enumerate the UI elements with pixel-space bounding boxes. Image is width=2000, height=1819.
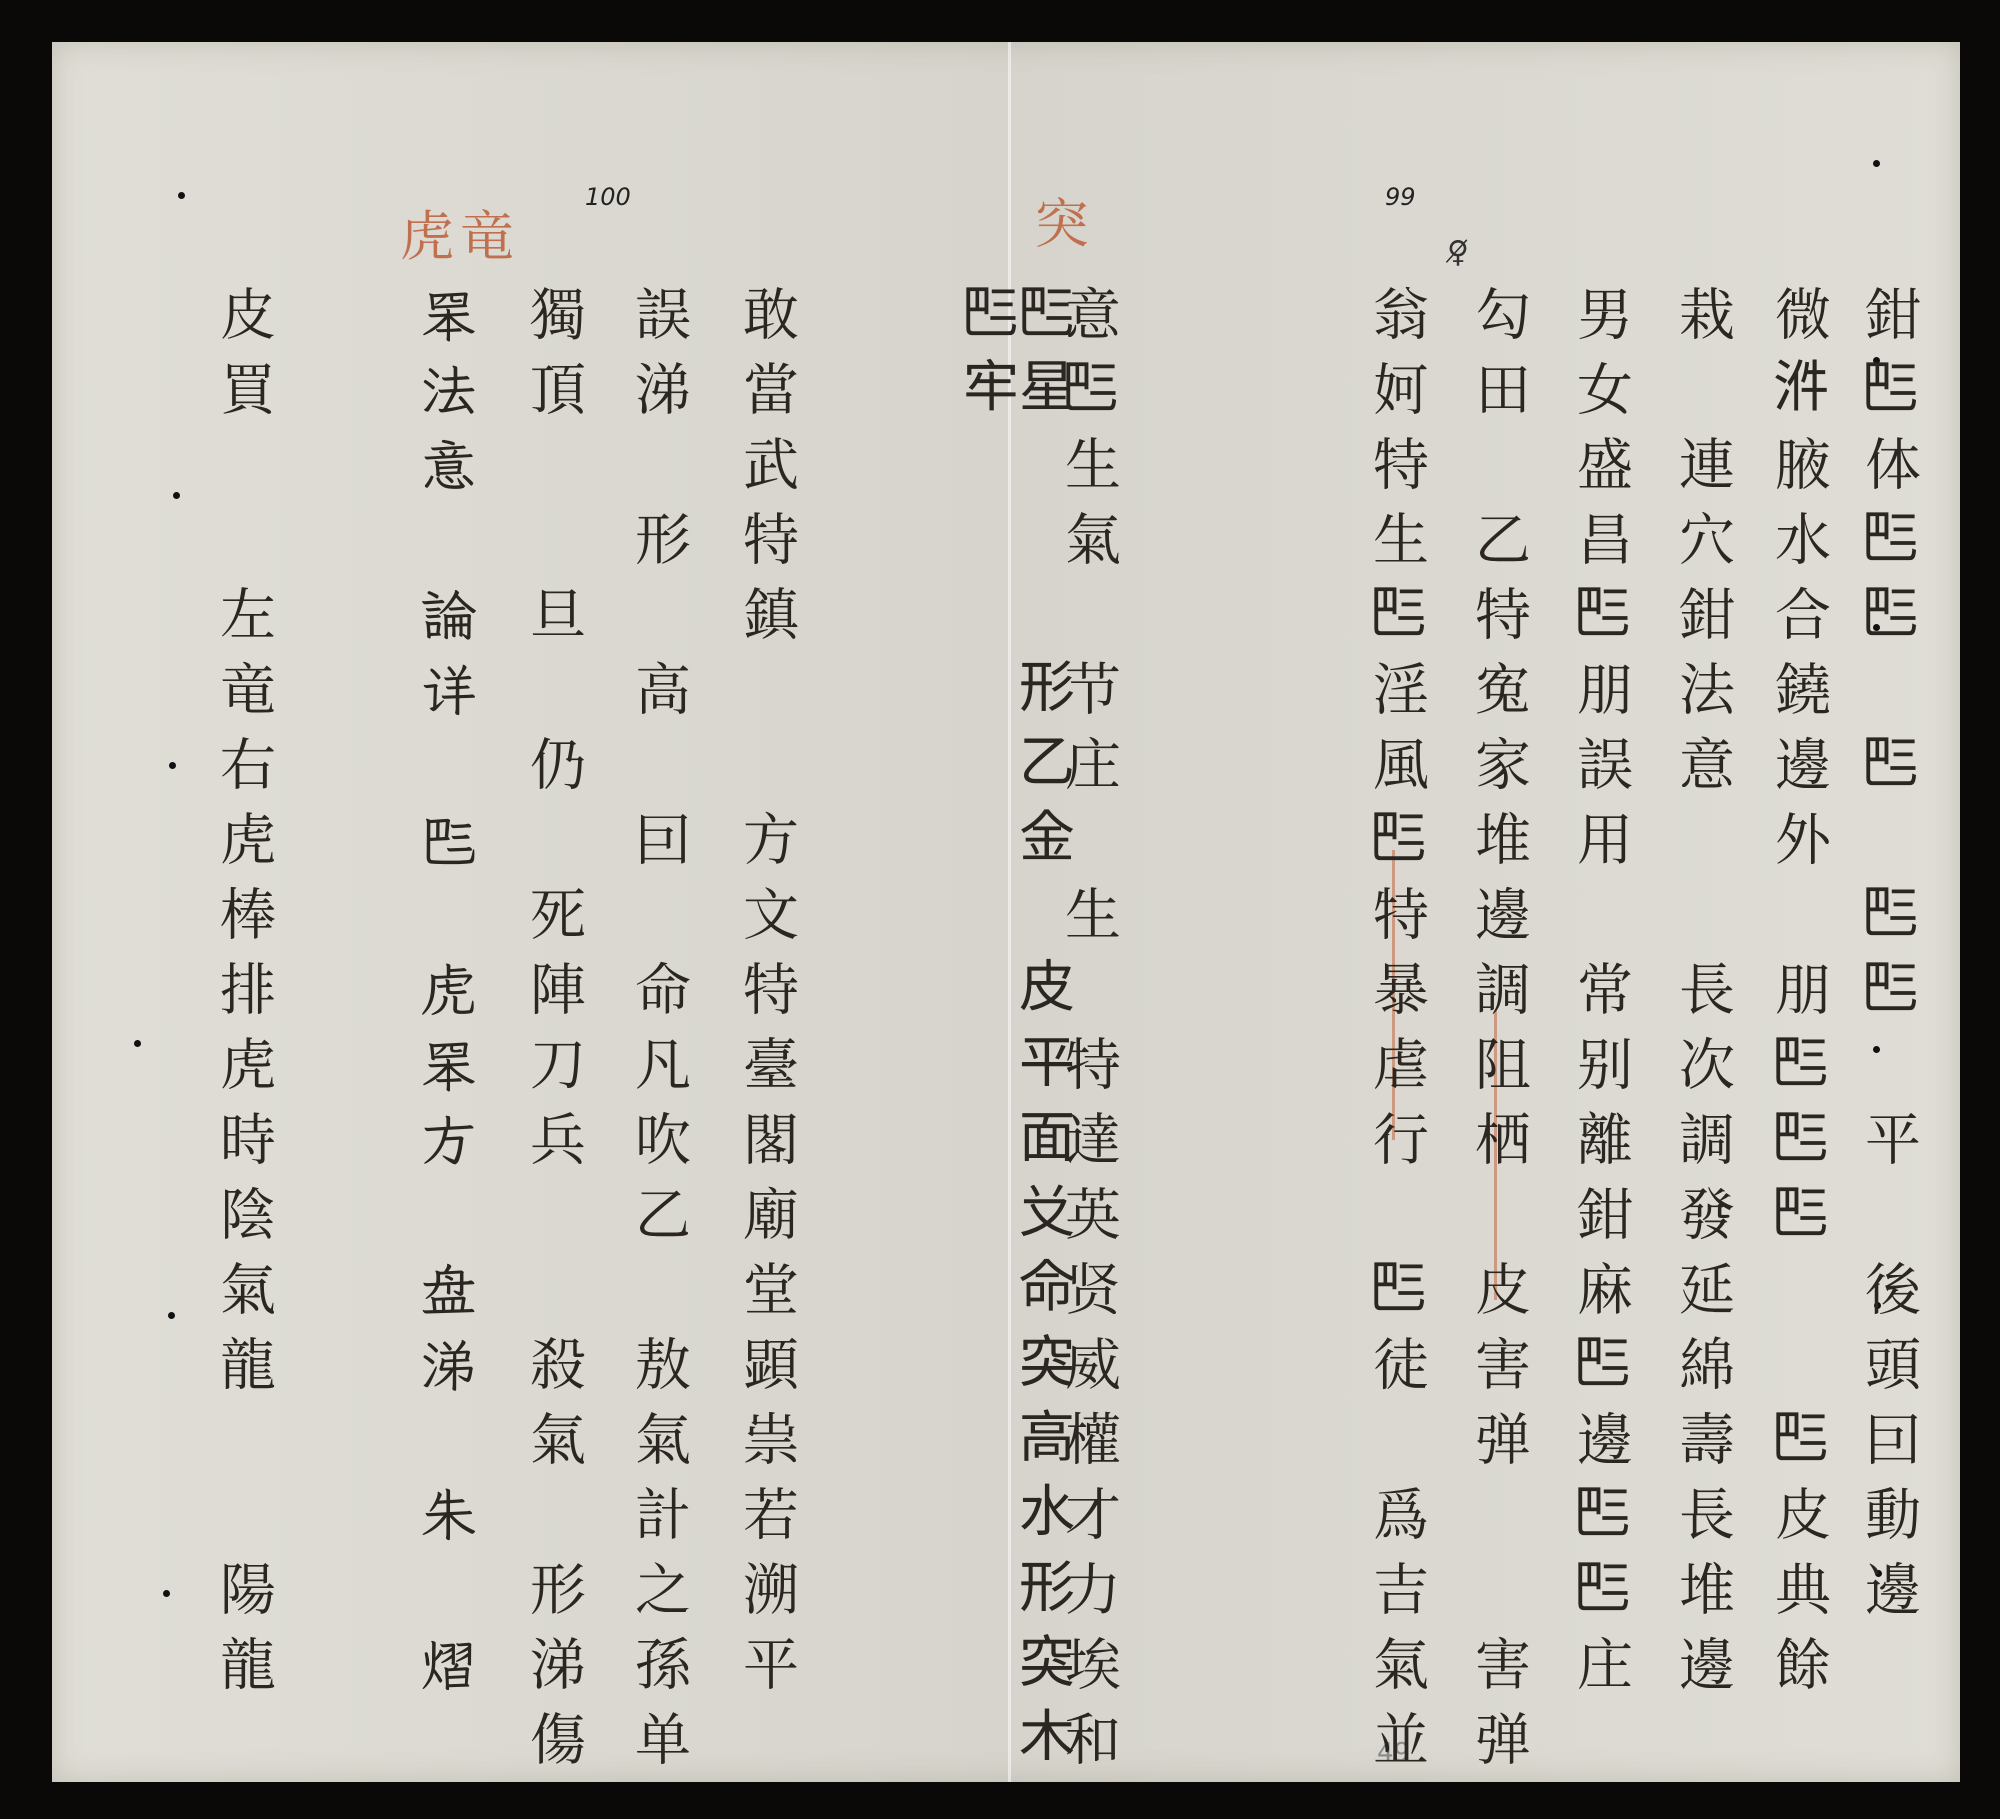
text-column: 誤涕𠊚形𡗶高𠳒囙𠬠命凡吹乙𠀧敖氣計之孫单	[630, 285, 686, 1785]
page-number-right: 99	[1385, 183, 1416, 211]
binding-hole	[1873, 160, 1880, 167]
text-column: 微𣴓腋水合鐃邊外𦏓朋𠀧𠀧𠀧𢰞𢭯𠀧皮典餘	[1770, 285, 1826, 1710]
text-column: 男女盛昌𠀧朋誤用𠃣常别離鉗麻𠀧邊𠀧𠀧庄	[1572, 285, 1628, 1710]
binding-hole	[163, 1590, 170, 1597]
page-number-left: 100	[585, 183, 631, 211]
text-column: 意𠀧生氣𨮻节庄𦧘生𣦍特達英贤威權才力埃和	[1060, 285, 1116, 1785]
text-column: 翁妸特生𠀧淫風𠀧特暴虐行𡶀𠀧徒𪓬爲吉氣並	[1368, 285, 1424, 1785]
right-red-heading: 突	[1030, 195, 1084, 249]
binding-hole	[178, 192, 185, 199]
binding-hole	[169, 762, 176, 769]
text-column: 獨頂𡶀𠂫旦𩢰仍𩔗死陣刀兵𪓬𠆳殺氣𠊚形涕傷	[525, 285, 581, 1785]
binding-hole	[168, 1312, 175, 1319]
text-column: 𡘯龍𪑐穴法常如𥨪藏凡聚氣𠛌諸𡗶盘左右朱	[318, 285, 374, 1710]
binding-hole	[173, 492, 180, 499]
text-column: 勾田𡗶乙特寃家堆邊調阻栖𪓬皮害弹𠀧𡗶害弹	[1470, 285, 1526, 1785]
text-column: 𩵜朱成掃蕩基圖𡗶空𠀧𠀧穴意諸用涕𦛌朱𠛌	[1266, 285, 1322, 1710]
text-column: 皮買𢧚𧋆左竜右虎棒排虎時陰氣龍𠀧𠀧陽龍	[215, 285, 271, 1710]
text-column: 鉗𠀧体𠀧𠀧𢭯𠀧𢭯𠀧𠀧𡑓平𩝊後頭囙動邊𦹳	[1860, 285, 1916, 1710]
binding-hole	[134, 1040, 141, 1047]
text-column: 栽𡑱連穴鉗法意𡑱𠀧長次調發延綿壽長堆邊	[1674, 285, 1730, 1710]
left-red-heading: 虎竜	[400, 210, 520, 264]
text-column: 𦊚法意𠃣論详𡀮𠀧𩄇虎𦊚方𡗶盘涕𦛌朱𠛌熠𤊾	[420, 285, 476, 1785]
text-column: 敢當武特鎮𡀳𨖲方文特臺閣廟堂顕祟若溯平	[738, 285, 794, 1710]
corner-mark: ♀̸	[1447, 235, 1469, 270]
text-column: 𡗶龍𦏓𠀧突𠀧𠀧𠀧𠀧動高𠀧皮特𡕴色羅邊城	[1163, 285, 1219, 1710]
